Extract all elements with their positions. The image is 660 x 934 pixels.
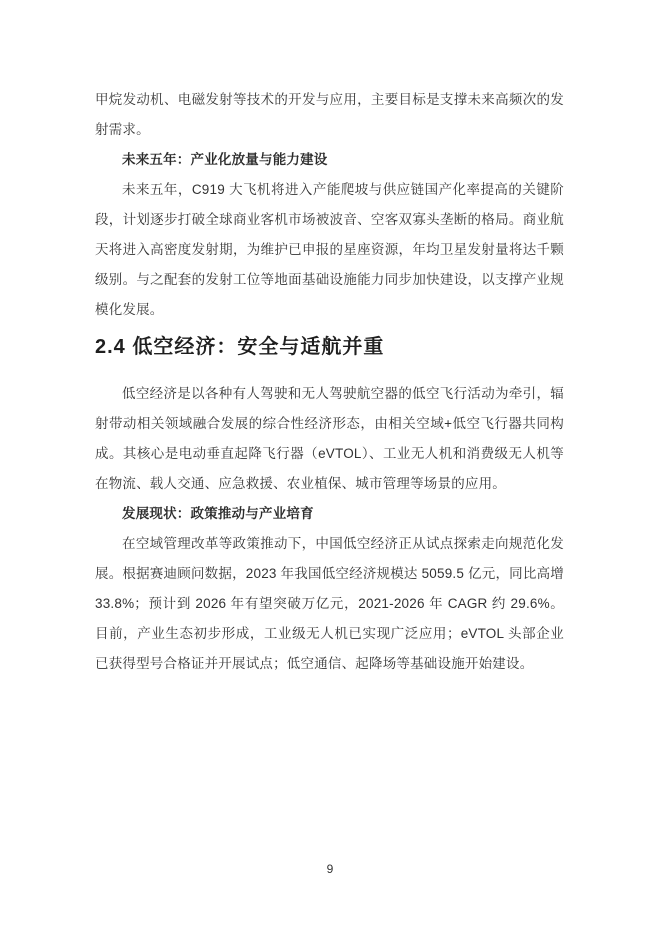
section-heading-2-4: 2.4 低空经济：安全与适航并重	[95, 331, 564, 363]
paragraph-low-altitude-economy-definition: 低空经济是以各种有人驾驶和无人驾驶航空器的低空飞行活动为牵引，辐射带动相关领域融…	[95, 379, 564, 499]
paragraph-development-status-detail: 在空域管理改革等政策推动下，中国低空经济正从试点探索走向规范化发展。根据赛迪顾问…	[95, 529, 564, 679]
page-number: 9	[327, 862, 334, 876]
paragraph-c919-commercial-space: 未来五年，C919 大飞机将进入产能爬坡与供应链国产化率提高的关键阶段，计划逐步…	[95, 175, 564, 325]
paragraph-launch-tech-continuation: 甲烷发动机、电磁发射等技术的开发与应用，主要目标是支撑未来高频次的发射需求。	[95, 85, 564, 145]
page-content: 甲烷发动机、电磁发射等技术的开发与应用，主要目标是支撑未来高频次的发射需求。 未…	[95, 85, 564, 679]
subheading-development-status: 发展现状：政策推动与产业培育	[95, 499, 564, 529]
page-footer: 9	[0, 860, 660, 878]
subheading-next-five-years: 未来五年：产业化放量与能力建设	[95, 145, 564, 175]
document-page: 甲烷发动机、电磁发射等技术的开发与应用，主要目标是支撑未来高频次的发射需求。 未…	[0, 0, 660, 934]
